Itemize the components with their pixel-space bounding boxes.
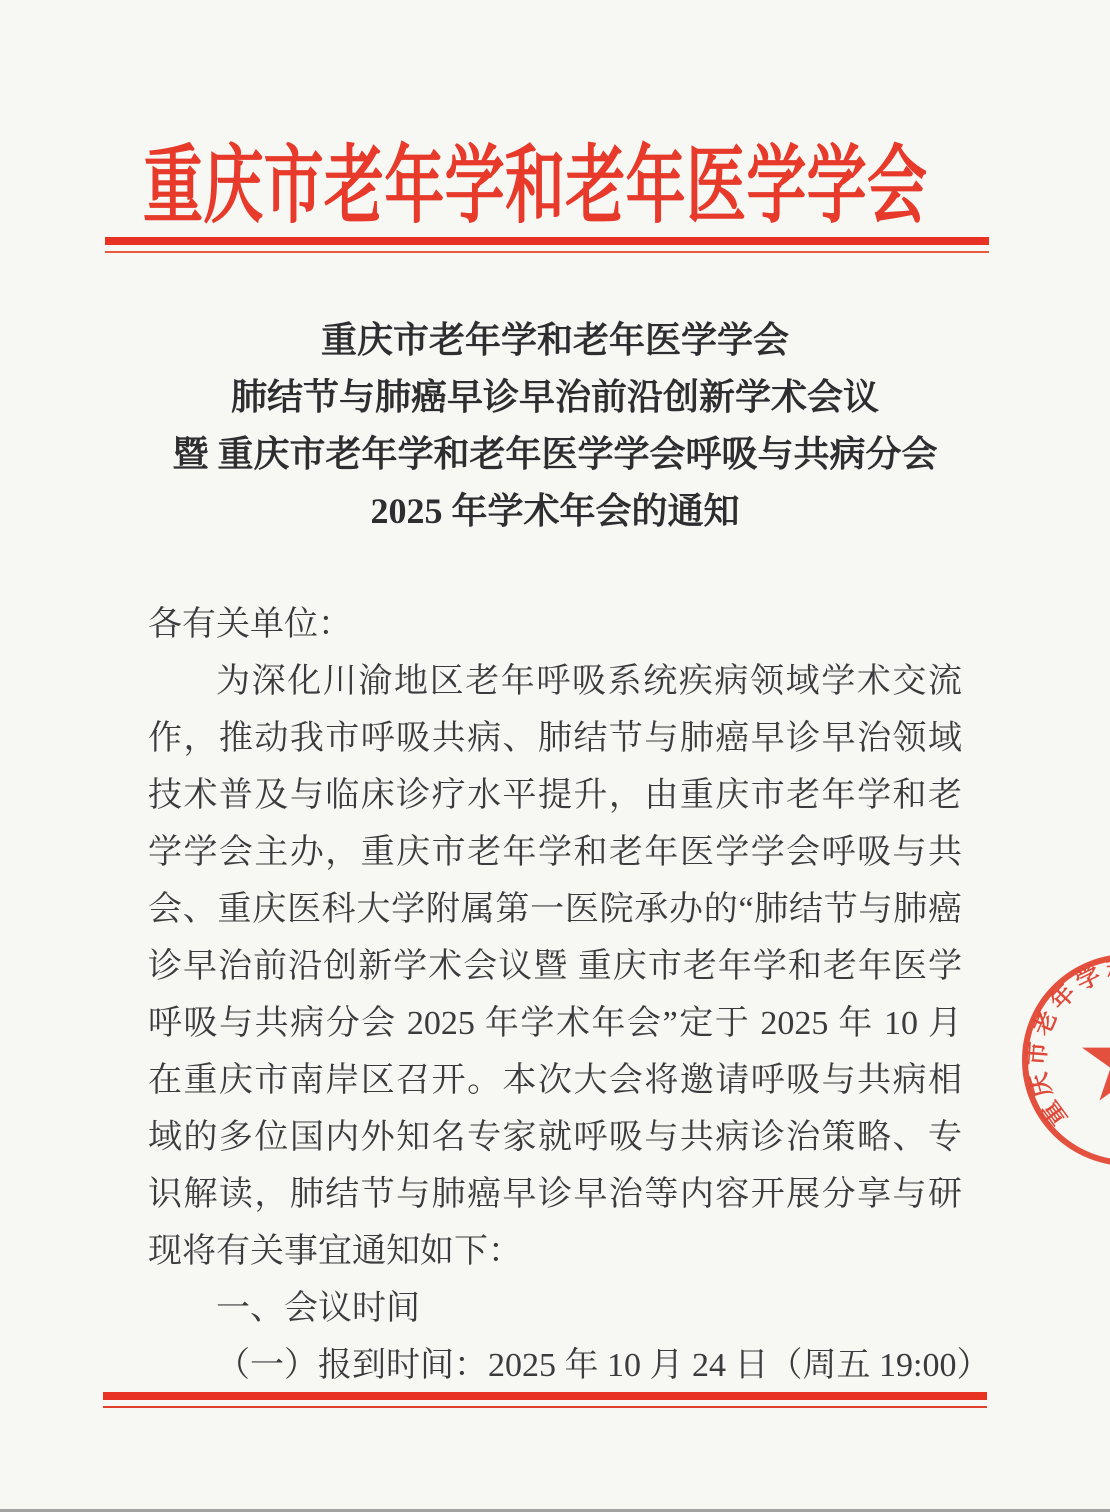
- body-line: 技术普及与临床诊疗水平提升，由重庆市老年学和老年医: [148, 767, 962, 824]
- footer-rule-thick: [103, 1392, 987, 1400]
- body-line: 作，推动我市呼吸共病、肺结节与肺癌早诊早治领域前沿: [148, 710, 962, 767]
- body-line: 诊早治前沿创新学术会议暨 重庆市老年学和老年医学学会: [148, 938, 962, 995]
- letterhead-title: 重庆市老年学和老年医学学会: [143, 144, 927, 229]
- header-rule-thin: [105, 251, 989, 253]
- salutation: 各有关单位：: [148, 596, 962, 653]
- header-rule-thick: [105, 237, 989, 245]
- checkin-time-line: （一）报到时间：2025 年 10 月 24 日（周五 19:00）: [148, 1337, 962, 1394]
- title-line-4: 2025 年学术年会的通知: [0, 483, 1110, 540]
- title-line-1: 重庆市老年学和老年医学学会: [0, 312, 1110, 369]
- document-title: 重庆市老年学和老年医学学会 肺结节与肺癌早诊早治前沿创新学术会议 暨 重庆市老年…: [0, 312, 1110, 540]
- title-line-3: 暨 重庆市老年学和老年医学学会呼吸与共病分会: [0, 426, 1110, 483]
- body-line: 学学会主办，重庆市老年学和老年医学学会呼吸与共病分: [148, 824, 962, 881]
- section-heading-meeting-time: 一、会议时间: [148, 1280, 962, 1337]
- body-line: 域的多位国内外知名专家就呼吸与共病诊治策略、专家共: [148, 1109, 962, 1166]
- body-line: 会、重庆医科大学附属第一医院承办的“肺结节与肺癌早: [148, 881, 962, 938]
- official-seal: 重庆市老年学和老年医学学会: [1022, 954, 1110, 1166]
- body-line: 为深化川渝地区老年呼吸系统疾病领域学术交流合: [148, 653, 962, 710]
- footer-rule-thin: [103, 1406, 987, 1408]
- body-line: 识解读，肺结节与肺癌早诊早治等内容开展分享与研讨。: [148, 1166, 962, 1223]
- document-body: 各有关单位： 为深化川渝地区老年呼吸系统疾病领域学术交流合 作，推动我市呼吸共病…: [148, 596, 962, 1394]
- title-line-2: 肺结节与肺癌早诊早治前沿创新学术会议: [0, 369, 1110, 426]
- seal-char: 市: [1024, 1040, 1052, 1068]
- closing-line: 现将有关事宜通知如下：: [148, 1223, 962, 1280]
- body-line: 在重庆市南岸区召开。本次大会将邀请呼吸与共病相关领: [148, 1052, 962, 1109]
- body-line: 呼吸与共病分会 2025 年学术年会”定于 2025 年 10 月 25 日: [148, 995, 962, 1052]
- document-page: 重庆市老年学和老年医学学会 重庆市老年学和老年医学学会 肺结节与肺癌早诊早治前沿…: [0, 0, 1110, 1512]
